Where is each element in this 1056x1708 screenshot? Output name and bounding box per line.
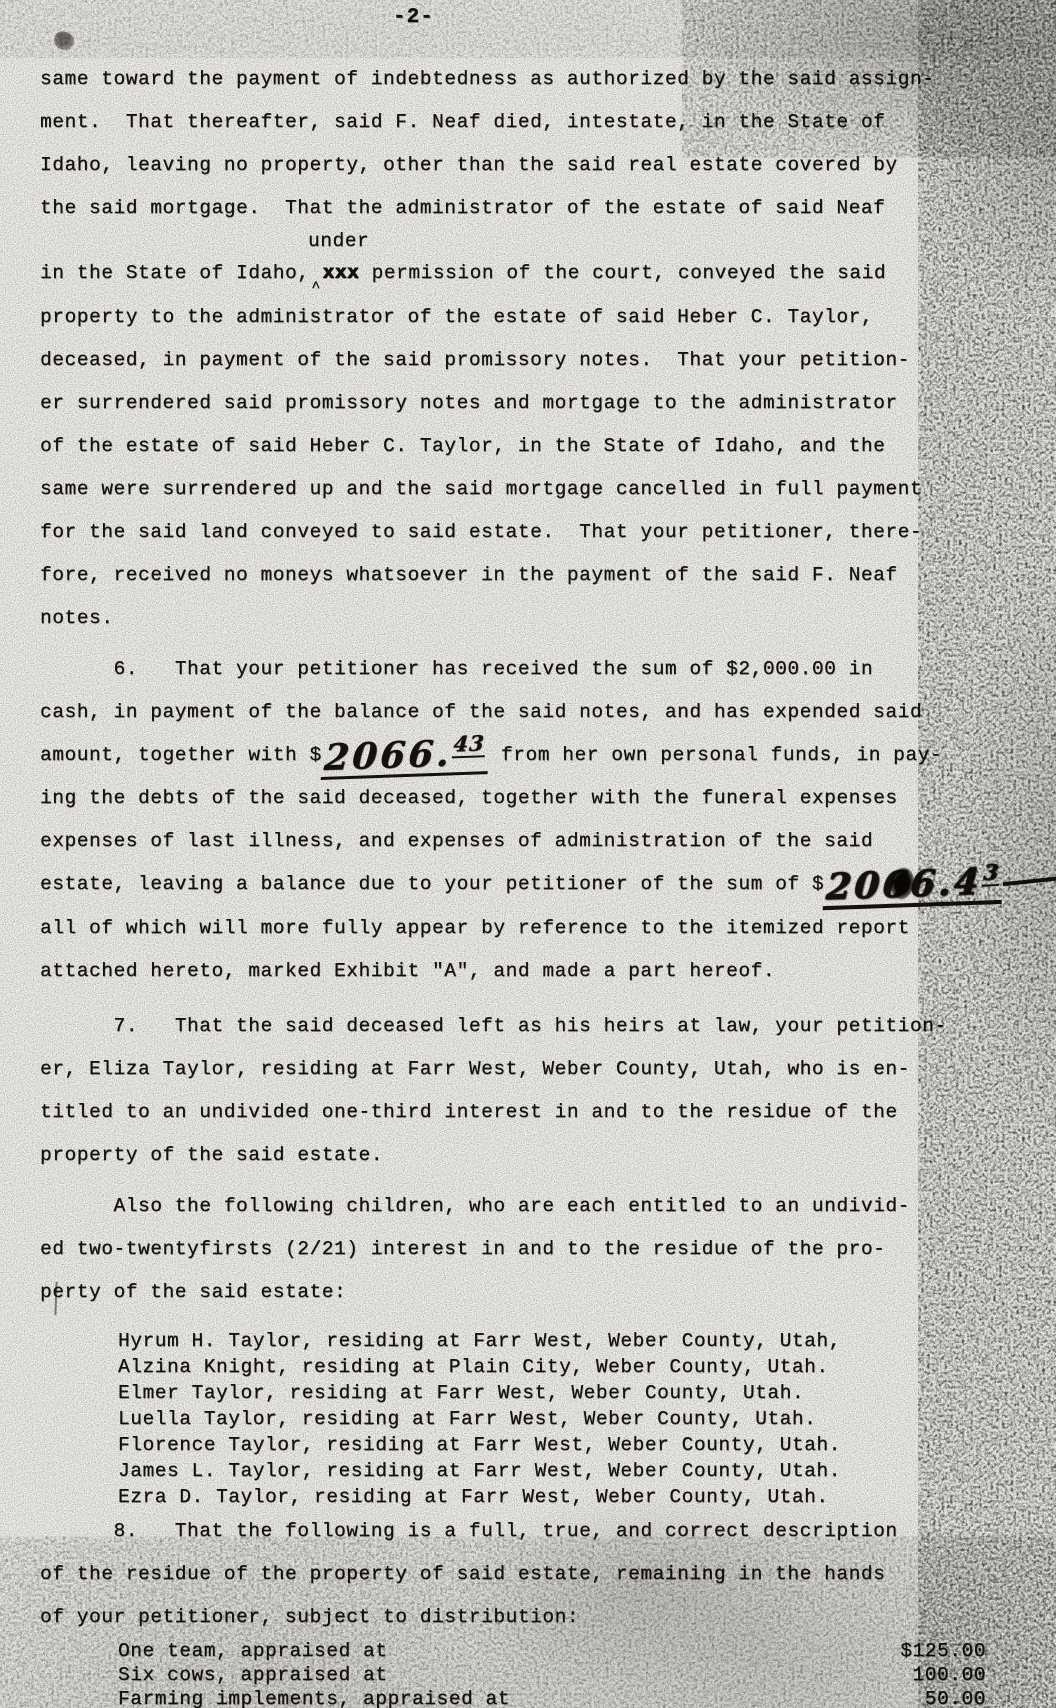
- text-line: er surrendered said promissory notes and…: [40, 382, 986, 425]
- text-segment: from her own personal funds, in pay-: [489, 744, 942, 766]
- ink-blot-mark: [52, 29, 78, 53]
- page-number: -2-: [393, 6, 434, 29]
- inventory-label: One team, appraised at: [118, 1639, 388, 1663]
- text-line: ing the debts of the said deceased, toge…: [40, 777, 986, 820]
- text-line: in the State of Idaho,^xxx permission of…: [40, 252, 986, 296]
- dollar-sign: $: [812, 873, 824, 895]
- text-line: of your petitioner, subject to distribut…: [40, 1596, 986, 1639]
- text-line: er, Eliza Taylor, residing at Farr West,…: [40, 1048, 986, 1091]
- handwritten-digits: 2066.: [323, 732, 454, 779]
- text-line: estate, leaving a balance due to your pe…: [40, 863, 986, 907]
- text-line: of the estate of said Heber C. Taylor, i…: [40, 425, 986, 468]
- text-segment: permission of the court, conveyed the sa…: [359, 262, 886, 284]
- text-line: Idaho, leaving no property, other than t…: [40, 144, 986, 187]
- text-line: same were surrendered up and the said mo…: [40, 468, 986, 511]
- handwritten-cents: 3: [982, 859, 1002, 887]
- inventory-label: Six cows, appraised at: [118, 1663, 388, 1687]
- text-line: all of which will more fully appear by r…: [40, 907, 986, 950]
- text-line: Also the following children, who are eac…: [40, 1185, 986, 1228]
- text-line: ment. That thereafter, said F. Neaf died…: [40, 101, 986, 144]
- text-line: 8. That the following is a full, true, a…: [40, 1510, 986, 1553]
- text-line: property of the said estate.: [40, 1134, 986, 1177]
- heir-list-item: Luella Taylor, residing at Farr West, We…: [118, 1406, 986, 1432]
- inserted-word-line: under: [40, 230, 986, 252]
- text-line: property to the administrator of the est…: [40, 296, 986, 339]
- inventory-label: Farming implements, appraised at: [118, 1687, 510, 1708]
- handwritten-amount: 2066.43: [320, 734, 490, 780]
- heir-list-item: Ezra D. Taylor, residing at Farr West, W…: [118, 1484, 986, 1510]
- inventory-row: One team, appraised at$125.00: [118, 1639, 986, 1663]
- heir-list-item: Alzina Knight, residing at Plain City, W…: [118, 1354, 986, 1380]
- text-line: perty of the said estate:: [40, 1271, 986, 1314]
- text-line: amount, together with $2066.43 from her …: [40, 734, 986, 777]
- text-line: expenses of last illness, and expenses o…: [40, 820, 986, 863]
- struck-out-text: xxx: [323, 262, 360, 284]
- inventory-row: Six cows, appraised at100.00: [118, 1663, 986, 1687]
- text-segment: estate, leaving a balance due to your pe…: [40, 873, 812, 895]
- text-line: the said mortgage. That the administrato…: [40, 187, 986, 230]
- text-segment: in the State of Idaho,: [40, 262, 310, 284]
- inventory-amount: $125.00: [900, 1639, 986, 1663]
- text-line: of the residue of the property of said e…: [40, 1553, 986, 1596]
- document-body: same toward the payment of indebtedness …: [40, 58, 986, 1708]
- heir-list-item: James L. Taylor, residing at Farr West, …: [118, 1458, 986, 1484]
- text-segment: amount, together with: [40, 744, 310, 766]
- dollar-sign: $: [310, 744, 322, 766]
- heir-list-item: Elmer Taylor, residing at Farr West, Web…: [118, 1380, 986, 1406]
- inventory-row: Farming implements, appraised at50.00: [118, 1687, 986, 1708]
- handwritten-cents: 43: [451, 730, 486, 758]
- handwritten-amount: 2066.43: [823, 863, 1005, 910]
- heir-list-item: Hyrum H. Taylor, residing at Farr West, …: [118, 1328, 986, 1354]
- caret-insert-mark: ^: [310, 266, 323, 309]
- text-line: cash, in payment of the balance of the s…: [40, 691, 986, 734]
- text-line: ed two-twentyfirsts (2/21) interest in a…: [40, 1228, 986, 1271]
- inventory-list: One team, appraised at$125.00 Six cows, …: [40, 1639, 986, 1708]
- inventory-amount: 50.00: [925, 1687, 986, 1708]
- heir-list-item: Florence Taylor, residing at Farr West, …: [118, 1432, 986, 1458]
- text-line: deceased, in payment of the said promiss…: [40, 339, 986, 382]
- text-line: same toward the payment of indebtedness …: [40, 58, 986, 101]
- inventory-amount: 100.00: [912, 1663, 986, 1687]
- text-line: 7. That the said deceased left as his he…: [40, 1005, 986, 1048]
- text-line: attached hereto, marked Exhibit "A", and…: [40, 950, 986, 993]
- text-line: titled to an undivided one-third interes…: [40, 1091, 986, 1134]
- text-line: for the said land conveyed to said estat…: [40, 511, 986, 554]
- document-page: -2- same toward the payment of indebtedn…: [0, 0, 1056, 1708]
- text-line: fore, received no moneys whatsoever in t…: [40, 554, 986, 597]
- text-line: notes.: [40, 597, 986, 640]
- heirs-list: Hyrum H. Taylor, residing at Farr West, …: [40, 1328, 986, 1510]
- text-line: 6. That your petitioner has received the…: [40, 648, 986, 691]
